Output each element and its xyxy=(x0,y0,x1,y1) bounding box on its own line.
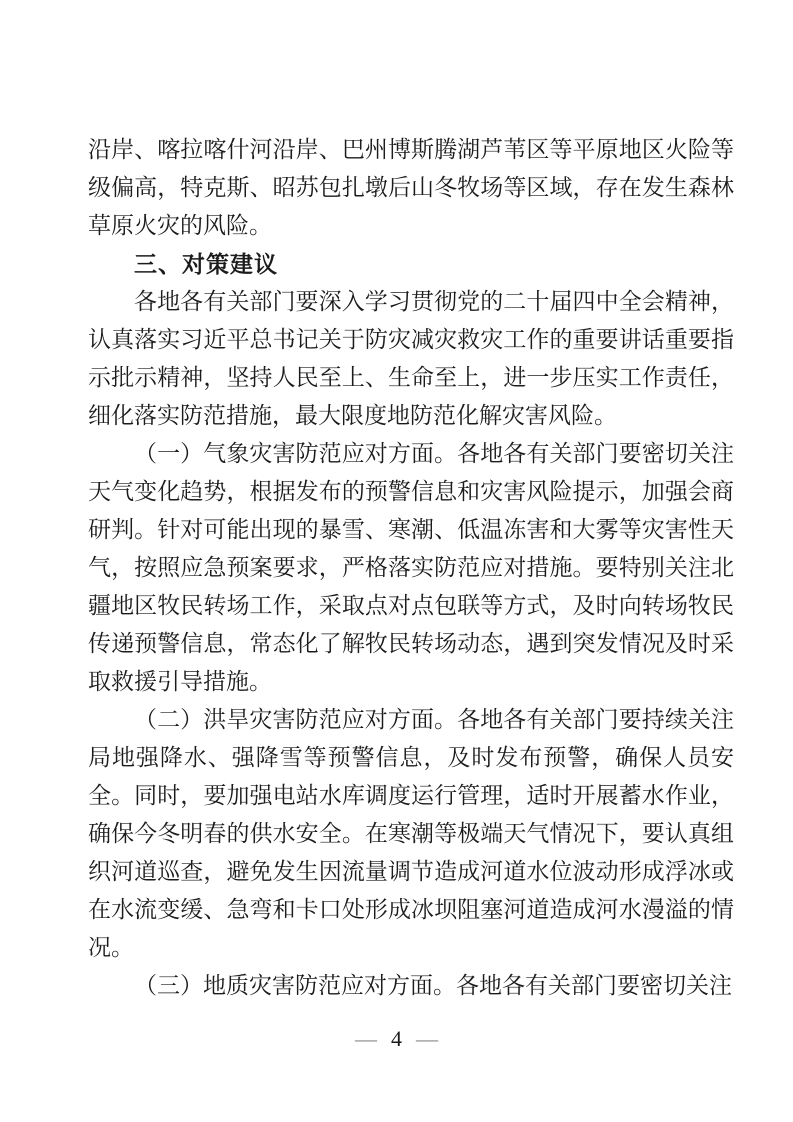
paragraph-continued-fire-risk: 沿岸、喀拉喀什河沿岸、巴州博斯腾湖芦苇区等平原地区火险等级偏高，特克斯、昭苏包扎… xyxy=(88,131,734,245)
section-lead-meteorological: （一）气象灾害防范应对方面。 xyxy=(134,441,457,466)
paragraph-general-requirements: 各地各有关部门要深入学习贯彻党的二十届四中全会精神，认真落实习近平总书记关于防灾… xyxy=(88,283,734,435)
footer-dash-left: — xyxy=(355,1026,377,1051)
page-number: 4 xyxy=(391,1024,402,1054)
section-text-geological: 各地各有关部门要密切关注 xyxy=(456,973,732,998)
paragraph-section-geological: （三）地质灾害防范应对方面。各地各有关部门要密切关注 xyxy=(88,967,734,1005)
document-body: 沿岸、喀拉喀什河沿岸、巴州博斯腾湖芦苇区等平原地区火险等级偏高，特克斯、昭苏包扎… xyxy=(88,131,734,1005)
section-lead-flood-drought: （二）洪旱灾害防范应对方面。 xyxy=(134,707,457,732)
section-text-flood-drought: 各地各有关部门要持续关注局地强降水、强降雪等预警信息，及时发布预警，确保人员安全… xyxy=(88,707,734,960)
page-footer: —4— xyxy=(0,1024,793,1054)
section-text-meteorological: 各地各有关部门要密切关注天气变化趋势，根据发布的预警信息和灾害风险提示，加强会商… xyxy=(88,441,734,694)
section-lead-geological: （三）地质灾害防范应对方面。 xyxy=(134,973,456,998)
document-page: 沿岸、喀拉喀什河沿岸、巴州博斯腾湖芦苇区等平原地区火险等级偏高，特克斯、昭苏包扎… xyxy=(0,0,793,1122)
paragraph-section-meteorological: （一）气象灾害防范应对方面。各地各有关部门要密切关注天气变化趋势，根据发布的预警… xyxy=(88,435,734,701)
section-heading-countermeasures: 三、对策建议 xyxy=(88,245,734,283)
footer-dash-right: — xyxy=(416,1026,438,1051)
paragraph-section-flood-drought: （二）洪旱灾害防范应对方面。各地各有关部门要持续关注局地强降水、强降雪等预警信息… xyxy=(88,701,734,967)
